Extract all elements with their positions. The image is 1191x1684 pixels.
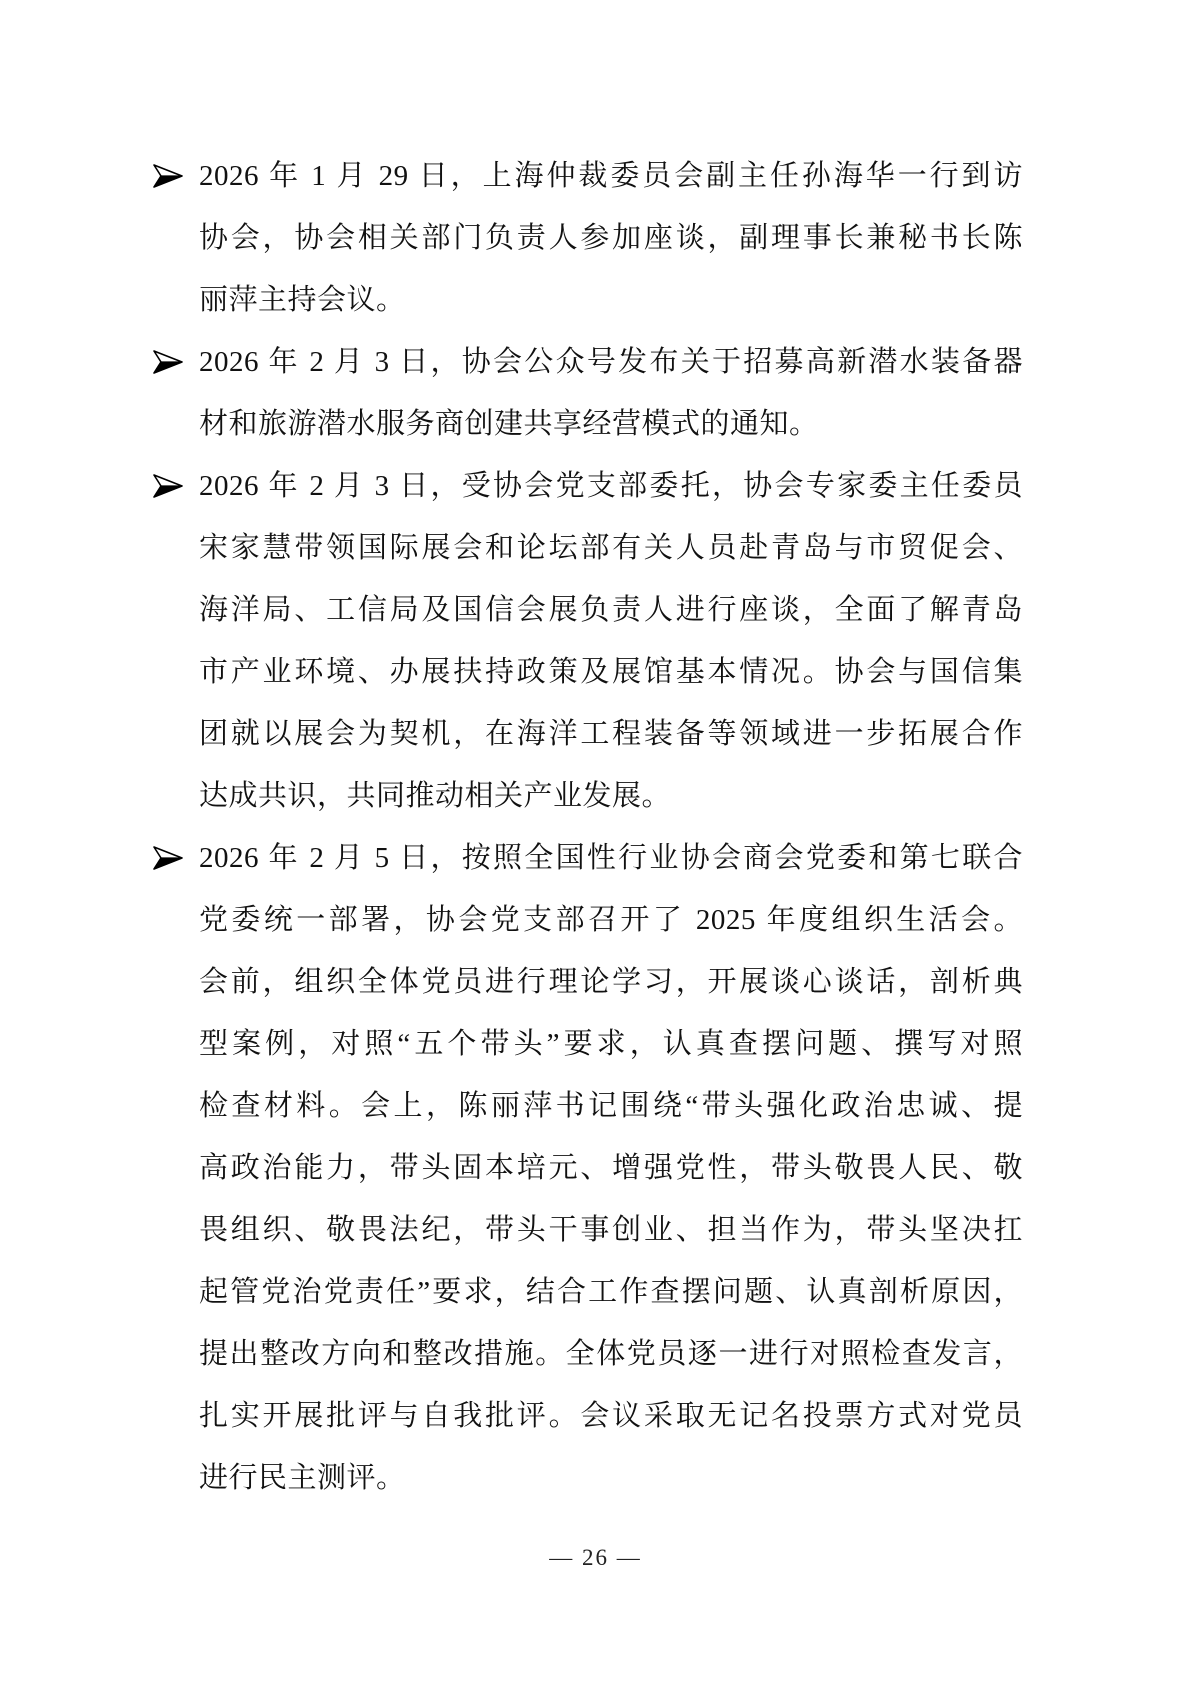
text-line: 材和旅游潜水服务商创建共享经营模式的通知。 xyxy=(199,393,1023,455)
text-line: 党委统一部署，协会党支部召开了 2025 年度组织生活会。 xyxy=(199,889,1023,951)
arrowhead-right-icon xyxy=(152,164,184,188)
text-line: 市产业环境、办展扶持政策及展馆基本情况。协会与国信集 xyxy=(199,641,1023,703)
text-line: 宋家慧带领国际展会和论坛部有关人员赴青岛与市贸促会、 xyxy=(199,517,1023,579)
text-line: 起管党治党责任”要求，结合工作查摆问题、认真剖析原因， xyxy=(199,1261,1023,1323)
arrowhead-right-icon xyxy=(152,350,184,374)
bullet-item: 2026 年 2 月 3 日，协会公众号发布关于招募高新潜水装备器材和旅游潜水服… xyxy=(199,331,1023,455)
text-line: 提出整改方向和整改措施。全体党员逐一进行对照检查发言， xyxy=(199,1323,1023,1385)
text-line: 2026 年 2 月 5 日，按照全国性行业协会商会党委和第七联合 xyxy=(199,827,1023,889)
text-line: 达成共识，共同推动相关产业发展。 xyxy=(199,765,1023,827)
text-line: 协会，协会相关部门负责人参加座谈，副理事长兼秘书长陈 xyxy=(199,207,1023,269)
text-line: 检查材料。会上，陈丽萍书记围绕“带头强化政治忠诚、提 xyxy=(199,1075,1023,1137)
text-line: 进行民主测评。 xyxy=(199,1447,1023,1509)
arrowhead-right-icon xyxy=(152,846,184,870)
text-line: 团就以展会为契机，在海洋工程装备等领域进一步拓展合作 xyxy=(199,703,1023,765)
bullet-item: 2026 年 2 月 3 日，受协会党支部委托，协会专家委主任委员宋家慧带领国际… xyxy=(199,455,1023,827)
page-number: — 26 — xyxy=(0,1543,1191,1573)
text-line: 丽萍主持会议。 xyxy=(199,269,1023,331)
text-line: 2026 年 2 月 3 日，受协会党支部委托，协会专家委主任委员 xyxy=(199,455,1023,517)
text-line: 会前，组织全体党员进行理论学习，开展谈心谈话，剖析典 xyxy=(199,951,1023,1013)
document-body: 2026 年 1 月 29 日，上海仲裁委员会副主任孙海华一行到访协会，协会相关… xyxy=(199,145,1023,1509)
document-page: 2026 年 1 月 29 日，上海仲裁委员会副主任孙海华一行到访协会，协会相关… xyxy=(0,0,1191,1684)
bullet-item: 2026 年 1 月 29 日，上海仲裁委员会副主任孙海华一行到访协会，协会相关… xyxy=(199,145,1023,331)
text-line: 畏组织、敬畏法纪，带头干事创业、担当作为，带头坚决扛 xyxy=(199,1199,1023,1261)
text-line: 2026 年 1 月 29 日，上海仲裁委员会副主任孙海华一行到访 xyxy=(199,145,1023,207)
bullet-item: 2026 年 2 月 5 日，按照全国性行业协会商会党委和第七联合党委统一部署，… xyxy=(199,827,1023,1509)
text-line: 2026 年 2 月 3 日，协会公众号发布关于招募高新潜水装备器 xyxy=(199,331,1023,393)
arrowhead-right-icon xyxy=(152,474,184,498)
text-line: 扎实开展批评与自我批评。会议采取无记名投票方式对党员 xyxy=(199,1385,1023,1447)
text-line: 海洋局、工信局及国信会展负责人进行座谈，全面了解青岛 xyxy=(199,579,1023,641)
text-line: 型案例，对照“五个带头”要求，认真查摆问题、撰写对照 xyxy=(199,1013,1023,1075)
text-line: 高政治能力，带头固本培元、增强党性，带头敬畏人民、敬 xyxy=(199,1137,1023,1199)
